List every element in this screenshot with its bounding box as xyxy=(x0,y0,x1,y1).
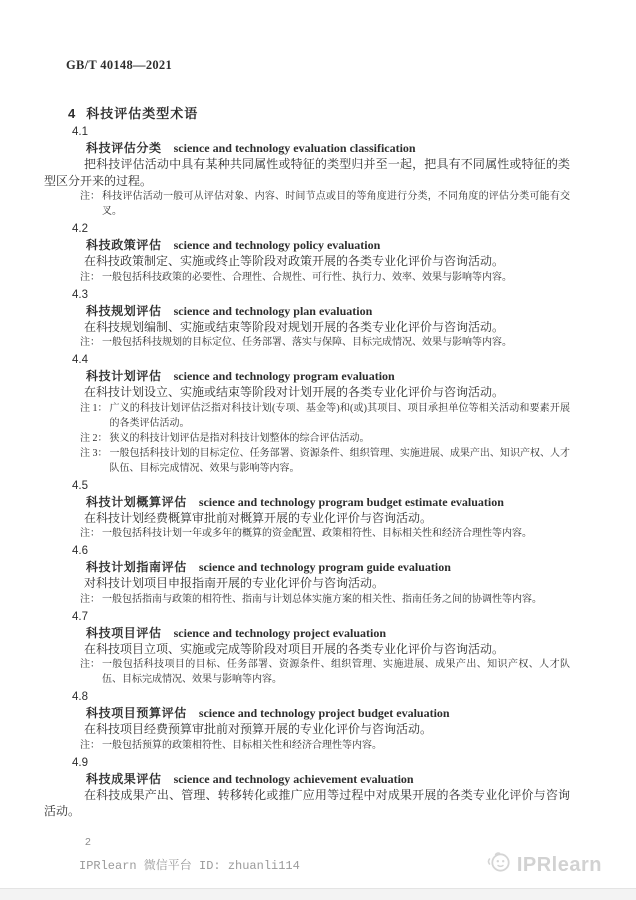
term-note: 注：一般包括科技政策的必要性、合理性、合规性、可行性、执行力、效率、效果与影响等… xyxy=(80,270,570,285)
section-title: 科技评估类型术语 xyxy=(86,106,198,121)
term-note: 注：一般包括科技项目的目标、任务部署、资源条件、组织管理、实施进展、成果产出、知… xyxy=(80,657,570,687)
section-number: 4 xyxy=(68,106,75,121)
term-name-zh: 科技计划概算评估 xyxy=(86,495,187,509)
term-entry: 4.7 科技项目评估science and technology project… xyxy=(44,610,570,688)
term-name-zh: 科技成果评估 xyxy=(86,772,162,786)
note-label: 注： xyxy=(80,270,100,285)
clause-number: 4.6 xyxy=(72,544,570,559)
term-notes: 注：一般包括指南与政策的相符性、指南与计划总体实施方案的相关性、指南任务之间的协… xyxy=(44,592,570,607)
term-notes: 注 1：广义的科技计划评估泛指对科技计划(专项、基金等)和(或)其项目、项目承担… xyxy=(44,401,570,476)
clause-number: 4.3 xyxy=(72,288,570,303)
clause-number: 4.8 xyxy=(72,690,570,705)
term-definition: 对科技计划项目申报指南开展的专业化评价与咨询活动。 xyxy=(44,575,570,592)
page-content: GB/T 40148—2021 4科技评估类型术语 4.1 科技评估分类scie… xyxy=(44,58,570,848)
note-label: 注： xyxy=(80,189,100,219)
note-label: 注 2： xyxy=(80,431,108,446)
note-label: 注： xyxy=(80,657,100,687)
term-note: 注 2：狭义的科技计划评估是指对科技计划整体的综合评估活动。 xyxy=(80,431,570,446)
term-heading: 科技政策评估science and technology policy eval… xyxy=(86,237,570,253)
note-label: 注 3： xyxy=(80,446,108,476)
term-heading: 科技计划评估science and technology program eva… xyxy=(86,368,570,384)
term-notes: 注：一般包括科技计划一年或多年的概算的资金配置、政策相符性、目标相关性和经济合理… xyxy=(44,526,570,541)
term-heading: 科技项目预算评估science and technology project b… xyxy=(86,705,570,721)
note-label: 注： xyxy=(80,335,100,350)
term-heading: 科技计划指南评估science and technology program g… xyxy=(86,559,570,575)
term-notes: 注：一般包括预算的政策相符性、目标相关性和经济合理性等内容。 xyxy=(44,738,570,753)
page-number: 2 xyxy=(85,836,570,848)
term-entry: 4.9 科技成果评估science and technology achieve… xyxy=(44,756,570,820)
term-note: 注：科技评估活动一般可从评估对象、内容、时间节点或目的等角度进行分类，不同角度的… xyxy=(80,189,570,219)
terms-list: 4.1 科技评估分类science and technology evaluat… xyxy=(44,125,570,820)
note-text: 狭义的科技计划评估是指对科技计划整体的综合评估活动。 xyxy=(110,431,571,446)
term-definition: 把科技评估活动中具有某种共同属性或特征的类型归并至一起，把具有不同属性或特征的类… xyxy=(44,156,570,189)
term-name-en: science and technology project budget ev… xyxy=(199,706,450,720)
term-notes: 注：一般包括科技政策的必要性、合理性、合规性、可行性、执行力、效率、效果与影响等… xyxy=(44,270,570,285)
note-text: 一般包括科技计划的目标定位、任务部署、资源条件、组织管理、实施进展、成果产出、知… xyxy=(110,446,571,476)
term-name-en: science and technology program budget es… xyxy=(199,495,504,509)
term-name-en: science and technology plan evaluation xyxy=(174,304,373,318)
term-name-zh: 科技项目预算评估 xyxy=(86,706,187,720)
term-note: 注 3：一般包括科技计划的目标定位、任务部署、资源条件、组织管理、实施进展、成果… xyxy=(80,446,570,476)
note-text: 一般包括科技规划的目标定位、任务部署、落实与保障、目标完成情况、效果与影响等内容… xyxy=(102,335,570,350)
term-notes: 注：科技评估活动一般可从评估对象、内容、时间节点或目的等角度进行分类，不同角度的… xyxy=(44,189,570,219)
term-definition: 在科技规划编制、实施或结束等阶段对规划开展的各类专业化评价与咨询活动。 xyxy=(44,319,570,336)
term-notes: 注：一般包括科技项目的目标、任务部署、资源条件、组织管理、实施进展、成果产出、知… xyxy=(44,657,570,687)
standard-code: GB/T 40148—2021 xyxy=(66,58,570,73)
term-name-en: science and technology program guide eva… xyxy=(199,560,451,574)
clause-number: 4.4 xyxy=(72,353,570,368)
term-definition: 在科技计划设立、实施或结束等阶段对计划开展的各类专业化评价与咨询活动。 xyxy=(44,384,570,401)
term-name-zh: 科技规划评估 xyxy=(86,304,162,318)
footer-logo-text: IPRlearn xyxy=(517,854,602,877)
term-heading: 科技评估分类science and technology evaluation … xyxy=(86,140,570,156)
term-definition: 在科技政策制定、实施或终止等阶段对政策开展的各类专业化评价与咨询活动。 xyxy=(44,253,570,270)
term-name-en: science and technology policy evaluation xyxy=(174,238,381,252)
note-text: 一般包括预算的政策相符性、目标相关性和经济合理性等内容。 xyxy=(102,738,570,753)
term-name-en: science and technology achievement evalu… xyxy=(174,772,414,786)
clause-number: 4.5 xyxy=(72,479,570,494)
term-entry: 4.5 科技计划概算评估science and technology progr… xyxy=(44,479,570,542)
term-definition: 在科技项目经费预算审批前对预算开展的专业化评价与咨询活动。 xyxy=(44,721,570,738)
iprlearn-mascot-icon xyxy=(486,851,512,880)
term-name-zh: 科技项目评估 xyxy=(86,626,162,640)
term-entry: 4.2 科技政策评估science and technology policy … xyxy=(44,222,570,285)
document-page: GB/T 40148—2021 4科技评估类型术语 4.1 科技评估分类scie… xyxy=(0,0,636,900)
term-heading: 科技规划评估science and technology plan evalua… xyxy=(86,303,570,319)
note-label: 注： xyxy=(80,592,100,607)
note-text: 一般包括指南与政策的相符性、指南与计划总体实施方案的相关性、指南任务之间的协调性… xyxy=(102,592,570,607)
note-label: 注： xyxy=(80,738,100,753)
term-name-en: science and technology program evaluatio… xyxy=(174,369,395,383)
clause-number: 4.1 xyxy=(72,125,570,140)
term-entry: 4.3 科技规划评估science and technology plan ev… xyxy=(44,288,570,351)
section-heading: 4科技评估类型术语 xyxy=(68,103,570,122)
term-note: 注：一般包括预算的政策相符性、目标相关性和经济合理性等内容。 xyxy=(80,738,570,753)
term-entry: 4.8 科技项目预算评估science and technology proje… xyxy=(44,690,570,753)
note-label: 注 1： xyxy=(80,401,108,431)
term-definition: 在科技成果产出、管理、转移转化或推广应用等过程中对成果开展的各类专业化评价与咨询… xyxy=(44,787,570,820)
term-notes: 注：一般包括科技规划的目标定位、任务部署、落实与保障、目标完成情况、效果与影响等… xyxy=(44,335,570,350)
term-name-zh: 科技计划指南评估 xyxy=(86,560,187,574)
note-text: 一般包括科技政策的必要性、合理性、合规性、可行性、执行力、效率、效果与影响等内容… xyxy=(102,270,570,285)
note-text: 科技评估活动一般可从评估对象、内容、时间节点或目的等角度进行分类，不同角度的评估… xyxy=(102,189,570,219)
term-heading: 科技项目评估science and technology project eva… xyxy=(86,625,570,641)
term-note: 注 1：广义的科技计划评估泛指对科技计划(专项、基金等)和(或)其项目、项目承担… xyxy=(80,401,570,431)
term-heading: 科技成果评估science and technology achievement… xyxy=(86,771,570,787)
note-text: 一般包括科技计划一年或多年的概算的资金配置、政策相符性、目标相关性和经济合理性等… xyxy=(102,526,570,541)
term-note: 注：一般包括科技计划一年或多年的概算的资金配置、政策相符性、目标相关性和经济合理… xyxy=(80,526,570,541)
term-name-zh: 科技政策评估 xyxy=(86,238,162,252)
term-name-en: science and technology project evaluatio… xyxy=(174,626,386,640)
term-heading: 科技计划概算评估science and technology program b… xyxy=(86,494,570,510)
note-label: 注： xyxy=(80,526,100,541)
term-note: 注：一般包括指南与政策的相符性、指南与计划总体实施方案的相关性、指南任务之间的协… xyxy=(80,592,570,607)
term-note: 注：一般包括科技规划的目标定位、任务部署、落实与保障、目标完成情况、效果与影响等… xyxy=(80,335,570,350)
note-text: 广义的科技计划评估泛指对科技计划(专项、基金等)和(或)其项目、项目承担单位等相… xyxy=(110,401,571,431)
term-name-zh: 科技计划评估 xyxy=(86,369,162,383)
clause-number: 4.2 xyxy=(72,222,570,237)
note-text: 一般包括科技项目的目标、任务部署、资源条件、组织管理、实施进展、成果产出、知识产… xyxy=(102,657,570,687)
term-entry: 4.4 科技计划评估science and technology program… xyxy=(44,353,570,476)
term-definition: 在科技计划经费概算审批前对概算开展的专业化评价与咨询活动。 xyxy=(44,510,570,527)
term-entry: 4.6 科技计划指南评估science and technology progr… xyxy=(44,544,570,607)
clause-number: 4.7 xyxy=(72,610,570,625)
footer-logo: IPRlearn xyxy=(486,851,602,880)
term-definition: 在科技项目立项、实施或完成等阶段对项目开展的各类专业化评价与咨询活动。 xyxy=(44,641,570,658)
footer-platform-text: IPRlearn 微信平台 ID: zhuanli114 xyxy=(79,856,300,873)
term-name-zh: 科技评估分类 xyxy=(86,141,162,155)
term-name-en: science and technology evaluation classi… xyxy=(174,141,416,155)
clause-number: 4.9 xyxy=(72,756,570,771)
bottom-band xyxy=(0,888,636,900)
term-entry: 4.1 科技评估分类science and technology evaluat… xyxy=(44,125,570,219)
